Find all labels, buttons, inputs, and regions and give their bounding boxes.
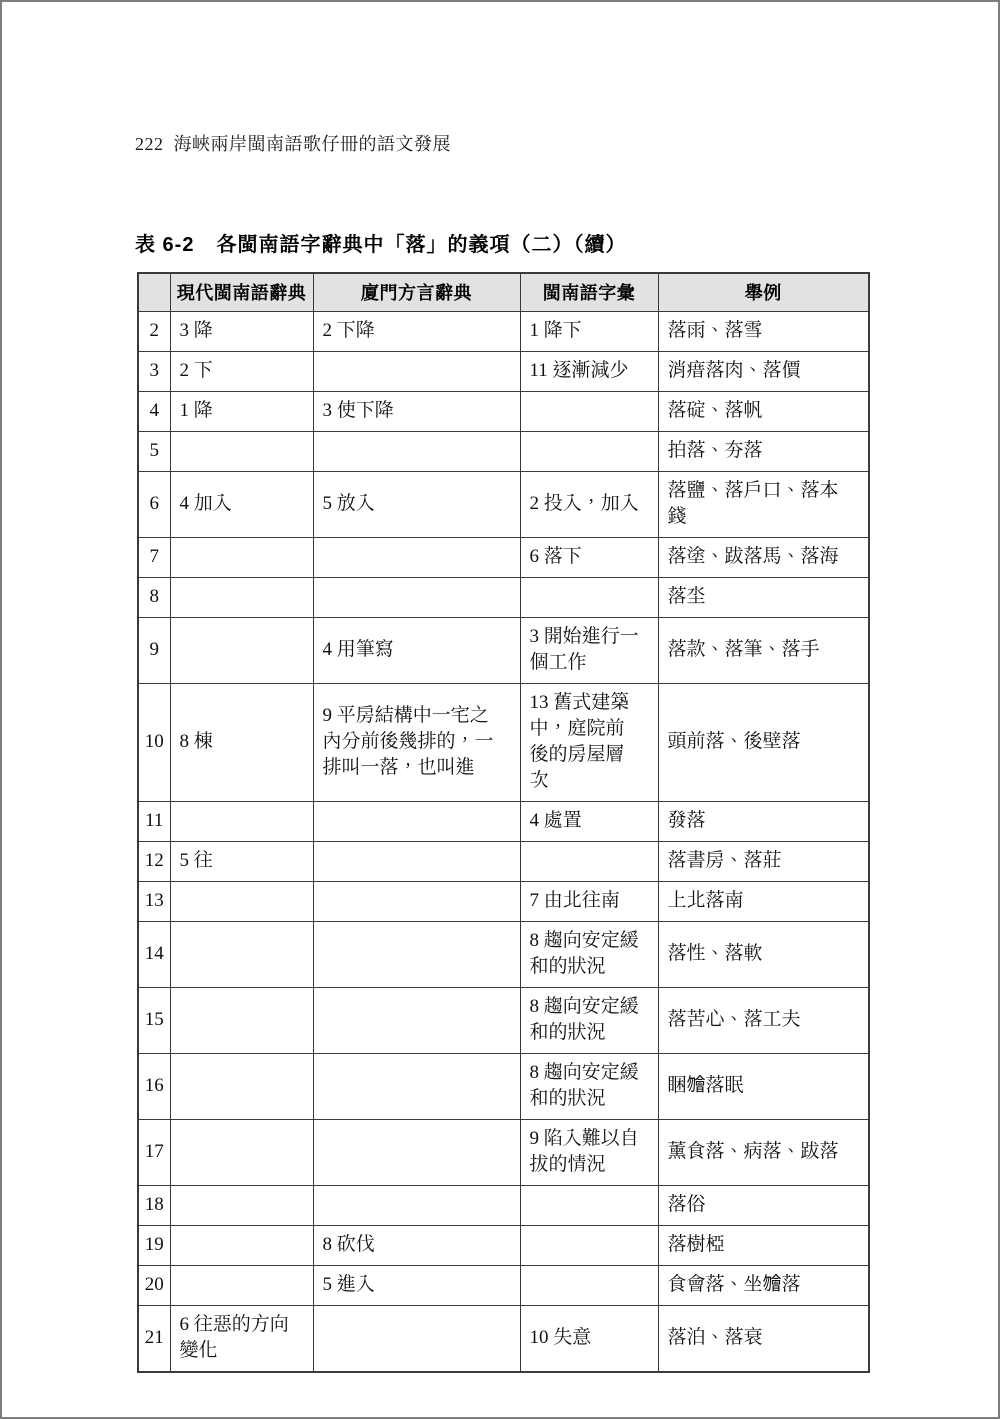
table-cell — [520, 1265, 658, 1305]
table-cell — [170, 1225, 313, 1265]
table-cell — [313, 921, 520, 987]
table-cell: 6 往惡的方向變化 — [170, 1305, 313, 1372]
table-cell — [170, 537, 313, 577]
table-cell — [313, 431, 520, 471]
table-row: 5拍落、夯落 — [138, 431, 869, 471]
row-number-cell: 10 — [138, 683, 170, 801]
table-cell: 2 投入，加入 — [520, 471, 658, 537]
table-cell — [170, 617, 313, 683]
table-row: 18落俗 — [138, 1185, 869, 1225]
table-cell: 落泊、落衰 — [658, 1305, 869, 1372]
table-body: 23 降2 下降1 降下落雨、落雪32 下11 逐漸減少消瘄落肉、落價41 降3… — [138, 311, 869, 1372]
table-cell — [170, 921, 313, 987]
header-cell-modern-minnan-dict: 現代閩南語辭典 — [170, 273, 313, 311]
table-row: 94 用筆寫3 開始進行一個工作落款、落筆、落手 — [138, 617, 869, 683]
table-cell — [313, 1305, 520, 1372]
table-cell: 落俗 — [658, 1185, 869, 1225]
row-number-cell: 5 — [138, 431, 170, 471]
row-number-cell: 3 — [138, 351, 170, 391]
table-cell: 5 往 — [170, 841, 313, 881]
table-cell: 8 趨向安定緩和的狀況 — [520, 987, 658, 1053]
table-cell: 4 加入 — [170, 471, 313, 537]
table-cell: 落塗、跋落馬、落海 — [658, 537, 869, 577]
table-caption: 表 6-2各閩南語字辭典中「落」的義項（二）（續） — [135, 228, 626, 257]
table-row: 125 往落書房、落莊 — [138, 841, 869, 881]
table-header-row: 現代閩南語辭典 廈門方言辭典 閩南語字彙 舉例 — [138, 273, 869, 311]
table-cell — [313, 1053, 520, 1119]
table-row: 137 由北往南上北落南 — [138, 881, 869, 921]
header-cell-index — [138, 273, 170, 311]
table-row: 108 棟9 平房結構中一宅之內分前後幾排的，一排叫一落，也叫進13 舊式建築中… — [138, 683, 869, 801]
table-cell: 4 用筆寫 — [313, 617, 520, 683]
running-header: 222海峽兩岸閩南語歌仔冊的語文發展 — [135, 130, 451, 156]
table-cell: 薰食落、病落、跋落 — [658, 1119, 869, 1185]
table-cell — [520, 431, 658, 471]
book-page: { "page": { "page_number": "222", "runni… — [0, 0, 1000, 1419]
table-cell: 落鹽、落戶口、落本錢 — [658, 471, 869, 537]
row-number-cell: 2 — [138, 311, 170, 351]
table-cell: 8 砍伐 — [313, 1225, 520, 1265]
table-cell — [170, 1185, 313, 1225]
table-cell — [520, 1225, 658, 1265]
table-cell: 6 落下 — [520, 537, 658, 577]
row-number-cell: 19 — [138, 1225, 170, 1265]
table-cell: 3 使下降 — [313, 391, 520, 431]
table-cell: 13 舊式建築中，庭院前後的房屋層次 — [520, 683, 658, 801]
running-header-title: 海峽兩岸閩南語歌仔冊的語文發展 — [174, 134, 452, 154]
table-cell — [170, 801, 313, 841]
table-cell: 1 降 — [170, 391, 313, 431]
table-cell: 2 下降 — [313, 311, 520, 351]
table-row: 32 下11 逐漸減少消瘄落肉、落價 — [138, 351, 869, 391]
table-cell: 落苦心、落工夫 — [658, 987, 869, 1053]
table-cell — [170, 577, 313, 617]
table-cell — [313, 801, 520, 841]
table-cell: 消瘄落肉、落價 — [658, 351, 869, 391]
table-row: 76 落下落塗、跋落馬、落海 — [138, 537, 869, 577]
row-number-cell: 13 — [138, 881, 170, 921]
row-number-cell: 11 — [138, 801, 170, 841]
table-cell: 落坔 — [658, 577, 869, 617]
table-cell: 食會落、坐𣍐落 — [658, 1265, 869, 1305]
row-number-cell: 9 — [138, 617, 170, 683]
table-row: 205 進入食會落、坐𣍐落 — [138, 1265, 869, 1305]
table-row: 198 砍伐落樹椏 — [138, 1225, 869, 1265]
table-cell — [170, 987, 313, 1053]
header-cell-xiamen-dialect-dict: 廈門方言辭典 — [313, 273, 520, 311]
table-row: 179 陷入難以自拔的情況薰食落、病落、跋落 — [138, 1119, 869, 1185]
table-cell: 3 降 — [170, 311, 313, 351]
header-cell-minnan-vocabulary: 閩南語字彙 — [520, 273, 658, 311]
table-cell: 4 處置 — [520, 801, 658, 841]
row-number-cell: 16 — [138, 1053, 170, 1119]
table-row: 23 降2 下降1 降下落雨、落雪 — [138, 311, 869, 351]
table-cell — [313, 1185, 520, 1225]
table-cell: 拍落、夯落 — [658, 431, 869, 471]
table-cell: 9 平房結構中一宅之內分前後幾排的，一排叫一落，也叫進 — [313, 683, 520, 801]
table-row: 216 往惡的方向變化10 失意落泊、落衰 — [138, 1305, 869, 1372]
table-cell — [170, 1119, 313, 1185]
table-cell — [313, 881, 520, 921]
table-cell: 8 棟 — [170, 683, 313, 801]
table-row: 64 加入5 放入2 投入，加入落鹽、落戶口、落本錢 — [138, 471, 869, 537]
row-number-cell: 7 — [138, 537, 170, 577]
table-cell — [520, 577, 658, 617]
table-cell: 5 放入 — [313, 471, 520, 537]
table-cell: 1 降下 — [520, 311, 658, 351]
table-cell — [520, 841, 658, 881]
dictionary-meanings-table: 現代閩南語辭典 廈門方言辭典 閩南語字彙 舉例 23 降2 下降1 降下落雨、落… — [137, 272, 870, 1373]
row-number-cell: 15 — [138, 987, 170, 1053]
row-number-cell: 17 — [138, 1119, 170, 1185]
table-cell — [313, 537, 520, 577]
row-number-cell: 14 — [138, 921, 170, 987]
table-cell: 落款、落筆、落手 — [658, 617, 869, 683]
table-cell: 發落 — [658, 801, 869, 841]
row-number-cell: 20 — [138, 1265, 170, 1305]
row-number-cell: 8 — [138, 577, 170, 617]
table-cell — [170, 431, 313, 471]
table-row: 8落坔 — [138, 577, 869, 617]
table-row: 148 趨向安定緩和的狀況落性、落軟 — [138, 921, 869, 987]
table-cell: 頭前落、後壁落 — [658, 683, 869, 801]
table-cell: 8 趨向安定緩和的狀況 — [520, 921, 658, 987]
table-cell — [170, 1265, 313, 1305]
header-cell-examples: 舉例 — [658, 273, 869, 311]
table-cell — [313, 577, 520, 617]
table-cell: 落樹椏 — [658, 1225, 869, 1265]
table-cell — [313, 987, 520, 1053]
table-cell: 2 下 — [170, 351, 313, 391]
table-cell — [520, 1185, 658, 1225]
table-cell: 上北落南 — [658, 881, 869, 921]
table-row: 168 趨向安定緩和的狀況睏𣍐落眠 — [138, 1053, 869, 1119]
table-cell — [313, 841, 520, 881]
page-number: 222 — [135, 134, 164, 154]
table-cell: 落雨、落雪 — [658, 311, 869, 351]
table-cell: 3 開始進行一個工作 — [520, 617, 658, 683]
table-cell: 5 進入 — [313, 1265, 520, 1305]
table-cell: 落碇、落帆 — [658, 391, 869, 431]
table-caption-text: 各閩南語字辭典中「落」的義項（二）（續） — [216, 234, 626, 256]
row-number-cell: 6 — [138, 471, 170, 537]
row-number-cell: 12 — [138, 841, 170, 881]
table-cell — [170, 881, 313, 921]
table-caption-label: 表 6-2 — [135, 234, 194, 256]
row-number-cell: 21 — [138, 1305, 170, 1372]
table-row: 114 處置發落 — [138, 801, 869, 841]
table-row: 41 降3 使下降落碇、落帆 — [138, 391, 869, 431]
row-number-cell: 4 — [138, 391, 170, 431]
table-cell: 睏𣍐落眠 — [658, 1053, 869, 1119]
table-cell — [170, 1053, 313, 1119]
table-cell — [520, 391, 658, 431]
table-cell: 落性、落軟 — [658, 921, 869, 987]
table-cell: 8 趨向安定緩和的狀況 — [520, 1053, 658, 1119]
table-row: 158 趨向安定緩和的狀況落苦心、落工夫 — [138, 987, 869, 1053]
table-cell — [313, 351, 520, 391]
table-cell: 10 失意 — [520, 1305, 658, 1372]
table-cell: 落書房、落莊 — [658, 841, 869, 881]
row-number-cell: 18 — [138, 1185, 170, 1225]
table-cell: 11 逐漸減少 — [520, 351, 658, 391]
table-cell: 9 陷入難以自拔的情況 — [520, 1119, 658, 1185]
table-cell — [313, 1119, 520, 1185]
table-cell: 7 由北往南 — [520, 881, 658, 921]
